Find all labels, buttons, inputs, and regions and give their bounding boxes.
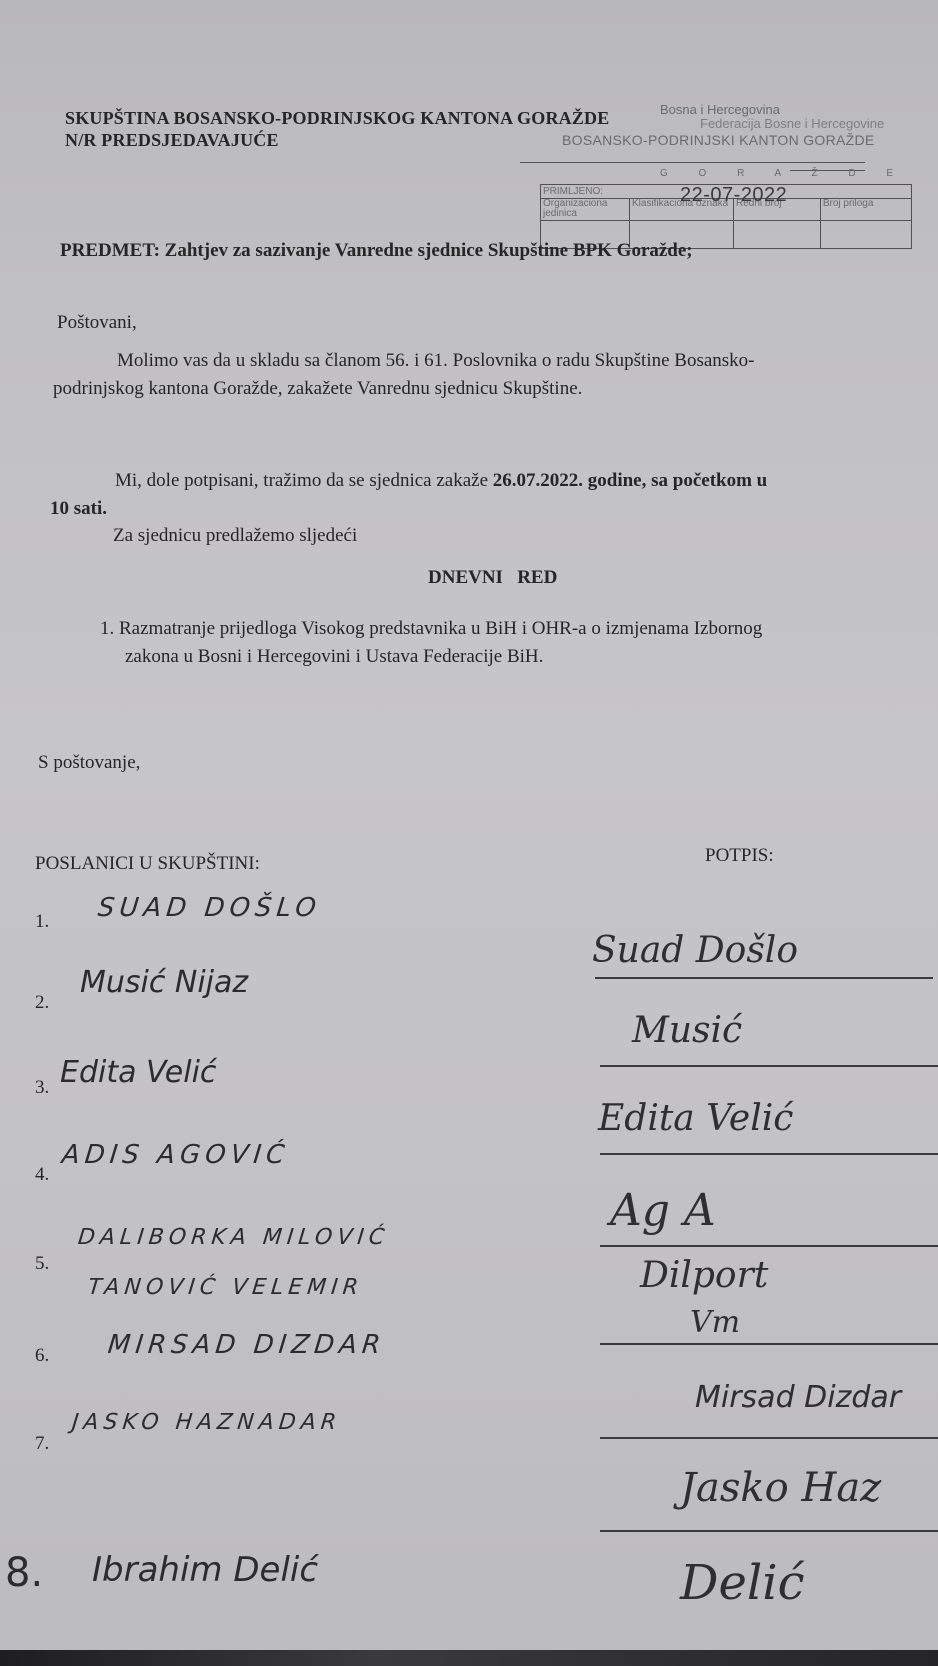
signature-3: Edita Velić (598, 1098, 793, 1139)
signature-line-2 (600, 1065, 938, 1067)
handwritten-name-4: ADIS AGOVIĆ (60, 1140, 290, 1170)
handwritten-name-3: Edita Velić (60, 1055, 216, 1090)
handwritten-name-8: Ibrahim Delić (92, 1550, 318, 1590)
row-number-2: 2. (35, 992, 49, 1014)
signature-6: Mirsad Dizdar (695, 1380, 901, 1415)
agenda-item-1: 1. Razmatranje prijedloga Visokog predst… (100, 618, 762, 640)
meeting-date: 26.07.2022. godine, sa početkom u (493, 470, 767, 491)
stamp-received-label: PRIMLJENO: (543, 186, 603, 197)
handwritten-name-7: JASKO HAZNADAR (71, 1410, 343, 1435)
received-stamp: Bosna i Hercegovina Federacija Bosne i H… (540, 100, 938, 260)
signature-1: Suad Došlo (592, 930, 798, 971)
paragraph2-line1: Mi, dole potpisani, tražimo da se sjedni… (115, 470, 767, 492)
signature-line-4 (600, 1245, 938, 1247)
stamp-federation: Federacija Bosne i Hercegovine (700, 116, 884, 131)
row-number-8: 8. (5, 1550, 43, 1596)
handwritten-name-5b: TANOVIĆ VELEMIR (87, 1275, 365, 1300)
stamp-col-attachments: Broj priloga (820, 199, 911, 221)
signature-7: Jasko Haz (680, 1465, 881, 1511)
agenda-item-1-line2: zakona u Bosni i Hercegovini i Ustava Fe… (125, 646, 543, 668)
signature-line-6 (600, 1437, 938, 1439)
subject-line: PREDMET: Zahtjev za sazivanje Vanredne s… (60, 240, 693, 262)
row-number-5: 5. (35, 1253, 49, 1275)
signature-line-7 (600, 1530, 938, 1532)
subject-text: Zahtjev za sazivanje Vanredne sjednice S… (165, 240, 693, 261)
recipient-line-1: SKUPŠTINA BOSANSKO-PODRINJSKOG KANTONA G… (65, 108, 609, 129)
stamp-country: Bosna i Hercegovina (660, 102, 780, 117)
meeting-time: 10 sati. (50, 498, 107, 520)
recipient-line-2: N/R PREDSJEDAVAJUĆE (65, 130, 279, 151)
signature-8: Delić (680, 1555, 804, 1611)
stamp-col-org: Organizaciona jedinica (541, 199, 630, 221)
signature-2: Musić (632, 1010, 742, 1051)
handwritten-name-1: SUAD DOŠLO (96, 893, 322, 923)
desk-background (0, 1650, 938, 1666)
salutation: Poštovani, (57, 312, 137, 334)
paragraph2-prefix: Mi, dole potpisani, tražimo da se sjedni… (115, 470, 493, 491)
row-number-4: 4. (35, 1164, 49, 1186)
handwritten-name-6: MIRSAD DIZDAR (106, 1330, 386, 1360)
agenda-item-line1: Razmatranje prijedloga Visokog predstavn… (119, 618, 762, 639)
agenda-title: DNEVNI RED (428, 567, 557, 589)
agenda-intro: Za sjednicu predlažemo sljedeći (113, 525, 357, 547)
signature-line-1 (595, 977, 933, 979)
paragraph1-line1: Molimo vas da u skladu sa članom 56. i 6… (117, 350, 755, 372)
stamp-canton: BOSANSKO-PODRINJSKI KANTON GORAŽDE (562, 132, 875, 148)
row-number-1: 1. (35, 911, 49, 933)
closing: S poštovanje, (38, 752, 140, 774)
handwritten-name-5: DALIBORKA MILOVIĆ (77, 1225, 391, 1250)
row-number-7: 7. (35, 1433, 49, 1455)
handwritten-name-2: Musić Nijaz (80, 965, 248, 1000)
signature-header: POTPIS: (705, 845, 774, 867)
signature-5b: Vm (690, 1305, 740, 1340)
row-number-3: 3. (35, 1077, 49, 1099)
paragraph1-line2: podrinjskog kantona Goražde, zakažete Va… (53, 378, 582, 400)
stamp-received-date: 22-07-2022 (680, 184, 787, 207)
row-number-6: 6. (35, 1345, 49, 1367)
signature-4: Ag A (610, 1185, 716, 1236)
stamp-city: G O R A Ž D E (660, 168, 907, 179)
document-page: SKUPŠTINA BOSANSKO-PODRINJSKOG KANTONA G… (0, 0, 938, 1650)
signature-line-3 (600, 1153, 938, 1155)
signatories-header: POSLANICI U SKUPŠTINI: (35, 853, 260, 875)
signature-5: Dilport (640, 1255, 768, 1296)
signature-line-5 (600, 1343, 938, 1345)
agenda-item-number: 1. (100, 618, 114, 639)
subject-label: PREDMET: (60, 240, 160, 261)
